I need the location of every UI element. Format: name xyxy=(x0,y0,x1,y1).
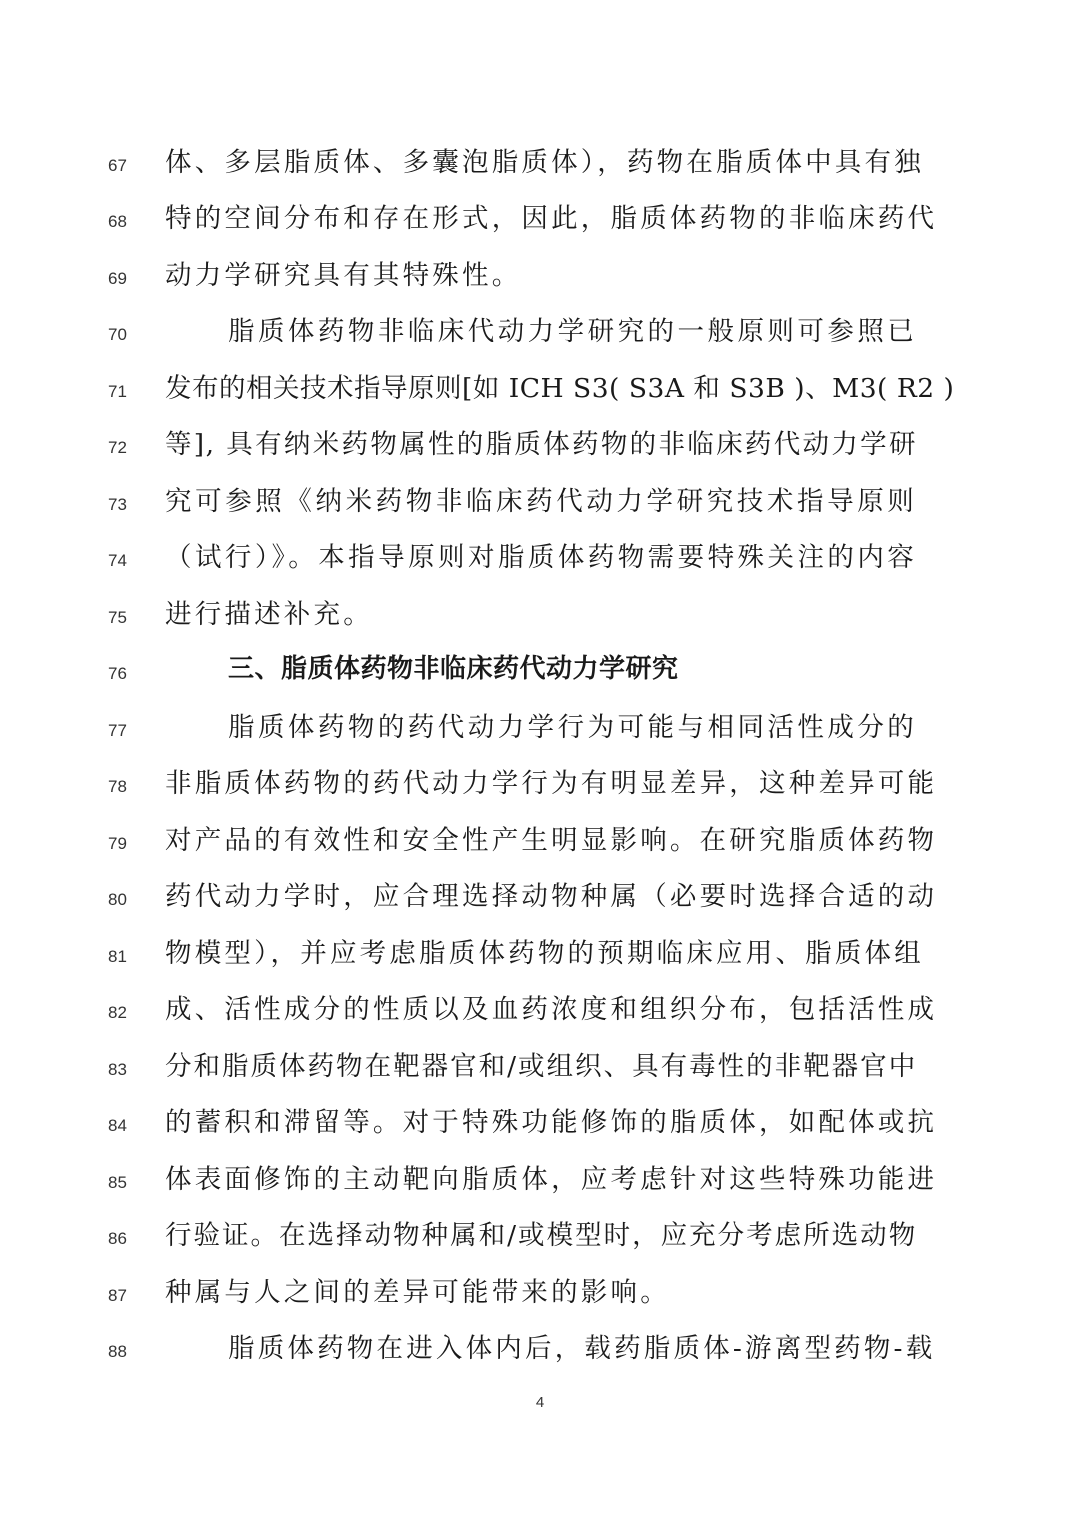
line-number: 81 xyxy=(108,947,148,967)
line-number: 67 xyxy=(108,156,148,176)
line-number: 71 xyxy=(108,382,148,402)
document-line: 73 究可参照《纳米药物非临床药代动力学研究技术指导原则 xyxy=(0,473,1080,529)
document-line: 71 发布的相关技术指导原则[如 ICH S3( S3A 和 S3B )、M3(… xyxy=(0,360,1080,416)
document-line: 83 分和脂质体药物在靶器官和/或组织、具有毒性的非靶器官中 xyxy=(0,1038,1080,1094)
line-text: 药代动力学时，应合理选择动物种属（必要时选择合适的动 xyxy=(165,874,917,913)
document-line: 87 种属与人之间的差异可能带来的影响。 xyxy=(0,1264,1080,1320)
line-text: 的蓄积和滞留等。对于特殊功能修饰的脂质体，如配体或抗 xyxy=(165,1100,917,1139)
line-number: 85 xyxy=(108,1173,148,1193)
line-number: 76 xyxy=(108,664,148,684)
line-text: 体、多层脂质体、多囊泡脂质体），药物在脂质体中具有独 xyxy=(165,140,917,179)
document-line: 86 行验证。在选择动物种属和/或模型时，应充分考虑所选动物 xyxy=(0,1207,1080,1263)
document-line: 72 等], 具有纳米药物属性的脂质体药物的非临床药代动力学研 xyxy=(0,416,1080,472)
line-text: 体表面修饰的主动靶向脂质体，应考虑针对这些特殊功能进 xyxy=(165,1157,917,1196)
line-number: 84 xyxy=(108,1116,148,1136)
line-text: 行验证。在选择动物种属和/或模型时，应充分考虑所选动物 xyxy=(165,1213,917,1252)
line-number: 82 xyxy=(108,1003,148,1023)
line-text: （试行）》。本指导原则对脂质体药物需要特殊关注的内容 xyxy=(165,535,917,574)
line-number: 78 xyxy=(108,777,148,797)
line-text: 究可参照《纳米药物非临床药代动力学研究技术指导原则 xyxy=(165,479,917,518)
line-number: 87 xyxy=(108,1286,148,1306)
line-text: 分和脂质体药物在靶器官和/或组织、具有毒性的非靶器官中 xyxy=(165,1044,917,1083)
line-number: 88 xyxy=(108,1342,148,1362)
line-number: 72 xyxy=(108,438,148,458)
document-line: 88 脂质体药物在进入体内后，载药脂质体-游离型药物-载 xyxy=(0,1320,1080,1376)
document-line: 78 非脂质体药物的药代动力学行为有明显差异，这种差异可能 xyxy=(0,755,1080,811)
line-number: 86 xyxy=(108,1229,148,1249)
document-line: 68 特的空间分布和存在形式，因此，脂质体药物的非临床药代 xyxy=(0,190,1080,246)
line-number: 74 xyxy=(108,551,148,571)
line-text: 特的空间分布和存在形式，因此，脂质体药物的非临床药代 xyxy=(165,196,917,235)
line-text: 物模型），并应考虑脂质体药物的预期临床应用、脂质体组 xyxy=(165,931,917,970)
document-page: 67 体、多层脂质体、多囊泡脂质体），药物在脂质体中具有独 68 特的空间分布和… xyxy=(0,0,1080,1527)
line-text: 对产品的有效性和安全性产生明显影响。在研究脂质体药物 xyxy=(165,818,917,857)
line-text: 种属与人之间的差异可能带来的影响。 xyxy=(165,1270,917,1309)
document-line: 67 体、多层脂质体、多囊泡脂质体），药物在脂质体中具有独 xyxy=(0,134,1080,190)
section-heading-line: 76 三、脂质体药物非临床药代动力学研究 xyxy=(0,642,1080,698)
line-text: 脂质体药物的药代动力学行为可能与相同活性成分的 xyxy=(228,705,917,744)
document-line: 79 对产品的有效性和安全性产生明显影响。在研究脂质体药物 xyxy=(0,812,1080,868)
line-text: 脂质体药物非临床代动力学研究的一般原则可参照已 xyxy=(228,309,917,348)
line-text: 非脂质体药物的药代动力学行为有明显差异，这种差异可能 xyxy=(165,761,917,800)
document-line: 69 动力学研究具有其特殊性。 xyxy=(0,247,1080,303)
document-line: 70 脂质体药物非临床代动力学研究的一般原则可参照已 xyxy=(0,303,1080,359)
line-number: 79 xyxy=(108,834,148,854)
document-line: 80 药代动力学时，应合理选择动物种属（必要时选择合适的动 xyxy=(0,868,1080,924)
line-number: 73 xyxy=(108,495,148,515)
line-number: 77 xyxy=(108,721,148,741)
document-line: 84 的蓄积和滞留等。对于特殊功能修饰的脂质体，如配体或抗 xyxy=(0,1094,1080,1150)
section-heading: 三、脂质体药物非临床药代动力学研究 xyxy=(228,648,980,685)
document-line: 81 物模型），并应考虑脂质体药物的预期临床应用、脂质体组 xyxy=(0,925,1080,981)
line-text: 动力学研究具有其特殊性。 xyxy=(165,253,917,292)
page-number: 4 xyxy=(0,1394,1080,1411)
document-line: 82 成、活性成分的性质以及血药浓度和组织分布，包括活性成 xyxy=(0,981,1080,1037)
document-line: 74 （试行）》。本指导原则对脂质体药物需要特殊关注的内容 xyxy=(0,529,1080,585)
document-line: 85 体表面修饰的主动靶向脂质体，应考虑针对这些特殊功能进 xyxy=(0,1151,1080,1207)
document-line: 77 脂质体药物的药代动力学行为可能与相同活性成分的 xyxy=(0,699,1080,755)
line-number: 75 xyxy=(108,608,148,628)
line-text: 等], 具有纳米药物属性的脂质体药物的非临床药代动力学研 xyxy=(165,422,917,461)
line-number: 69 xyxy=(108,269,148,289)
line-text: 脂质体药物在进入体内后，载药脂质体-游离型药物-载 xyxy=(228,1326,917,1365)
line-number: 68 xyxy=(108,212,148,232)
line-text: 进行描述补充。 xyxy=(165,592,917,631)
document-line: 75 进行描述补充。 xyxy=(0,586,1080,642)
line-text: 发布的相关技术指导原则[如 ICH S3( S3A 和 S3B )、M3( R2… xyxy=(165,366,917,405)
line-number: 80 xyxy=(108,890,148,910)
line-text: 成、活性成分的性质以及血药浓度和组织分布，包括活性成 xyxy=(165,987,917,1026)
line-number: 83 xyxy=(108,1060,148,1080)
line-number: 70 xyxy=(108,325,148,345)
